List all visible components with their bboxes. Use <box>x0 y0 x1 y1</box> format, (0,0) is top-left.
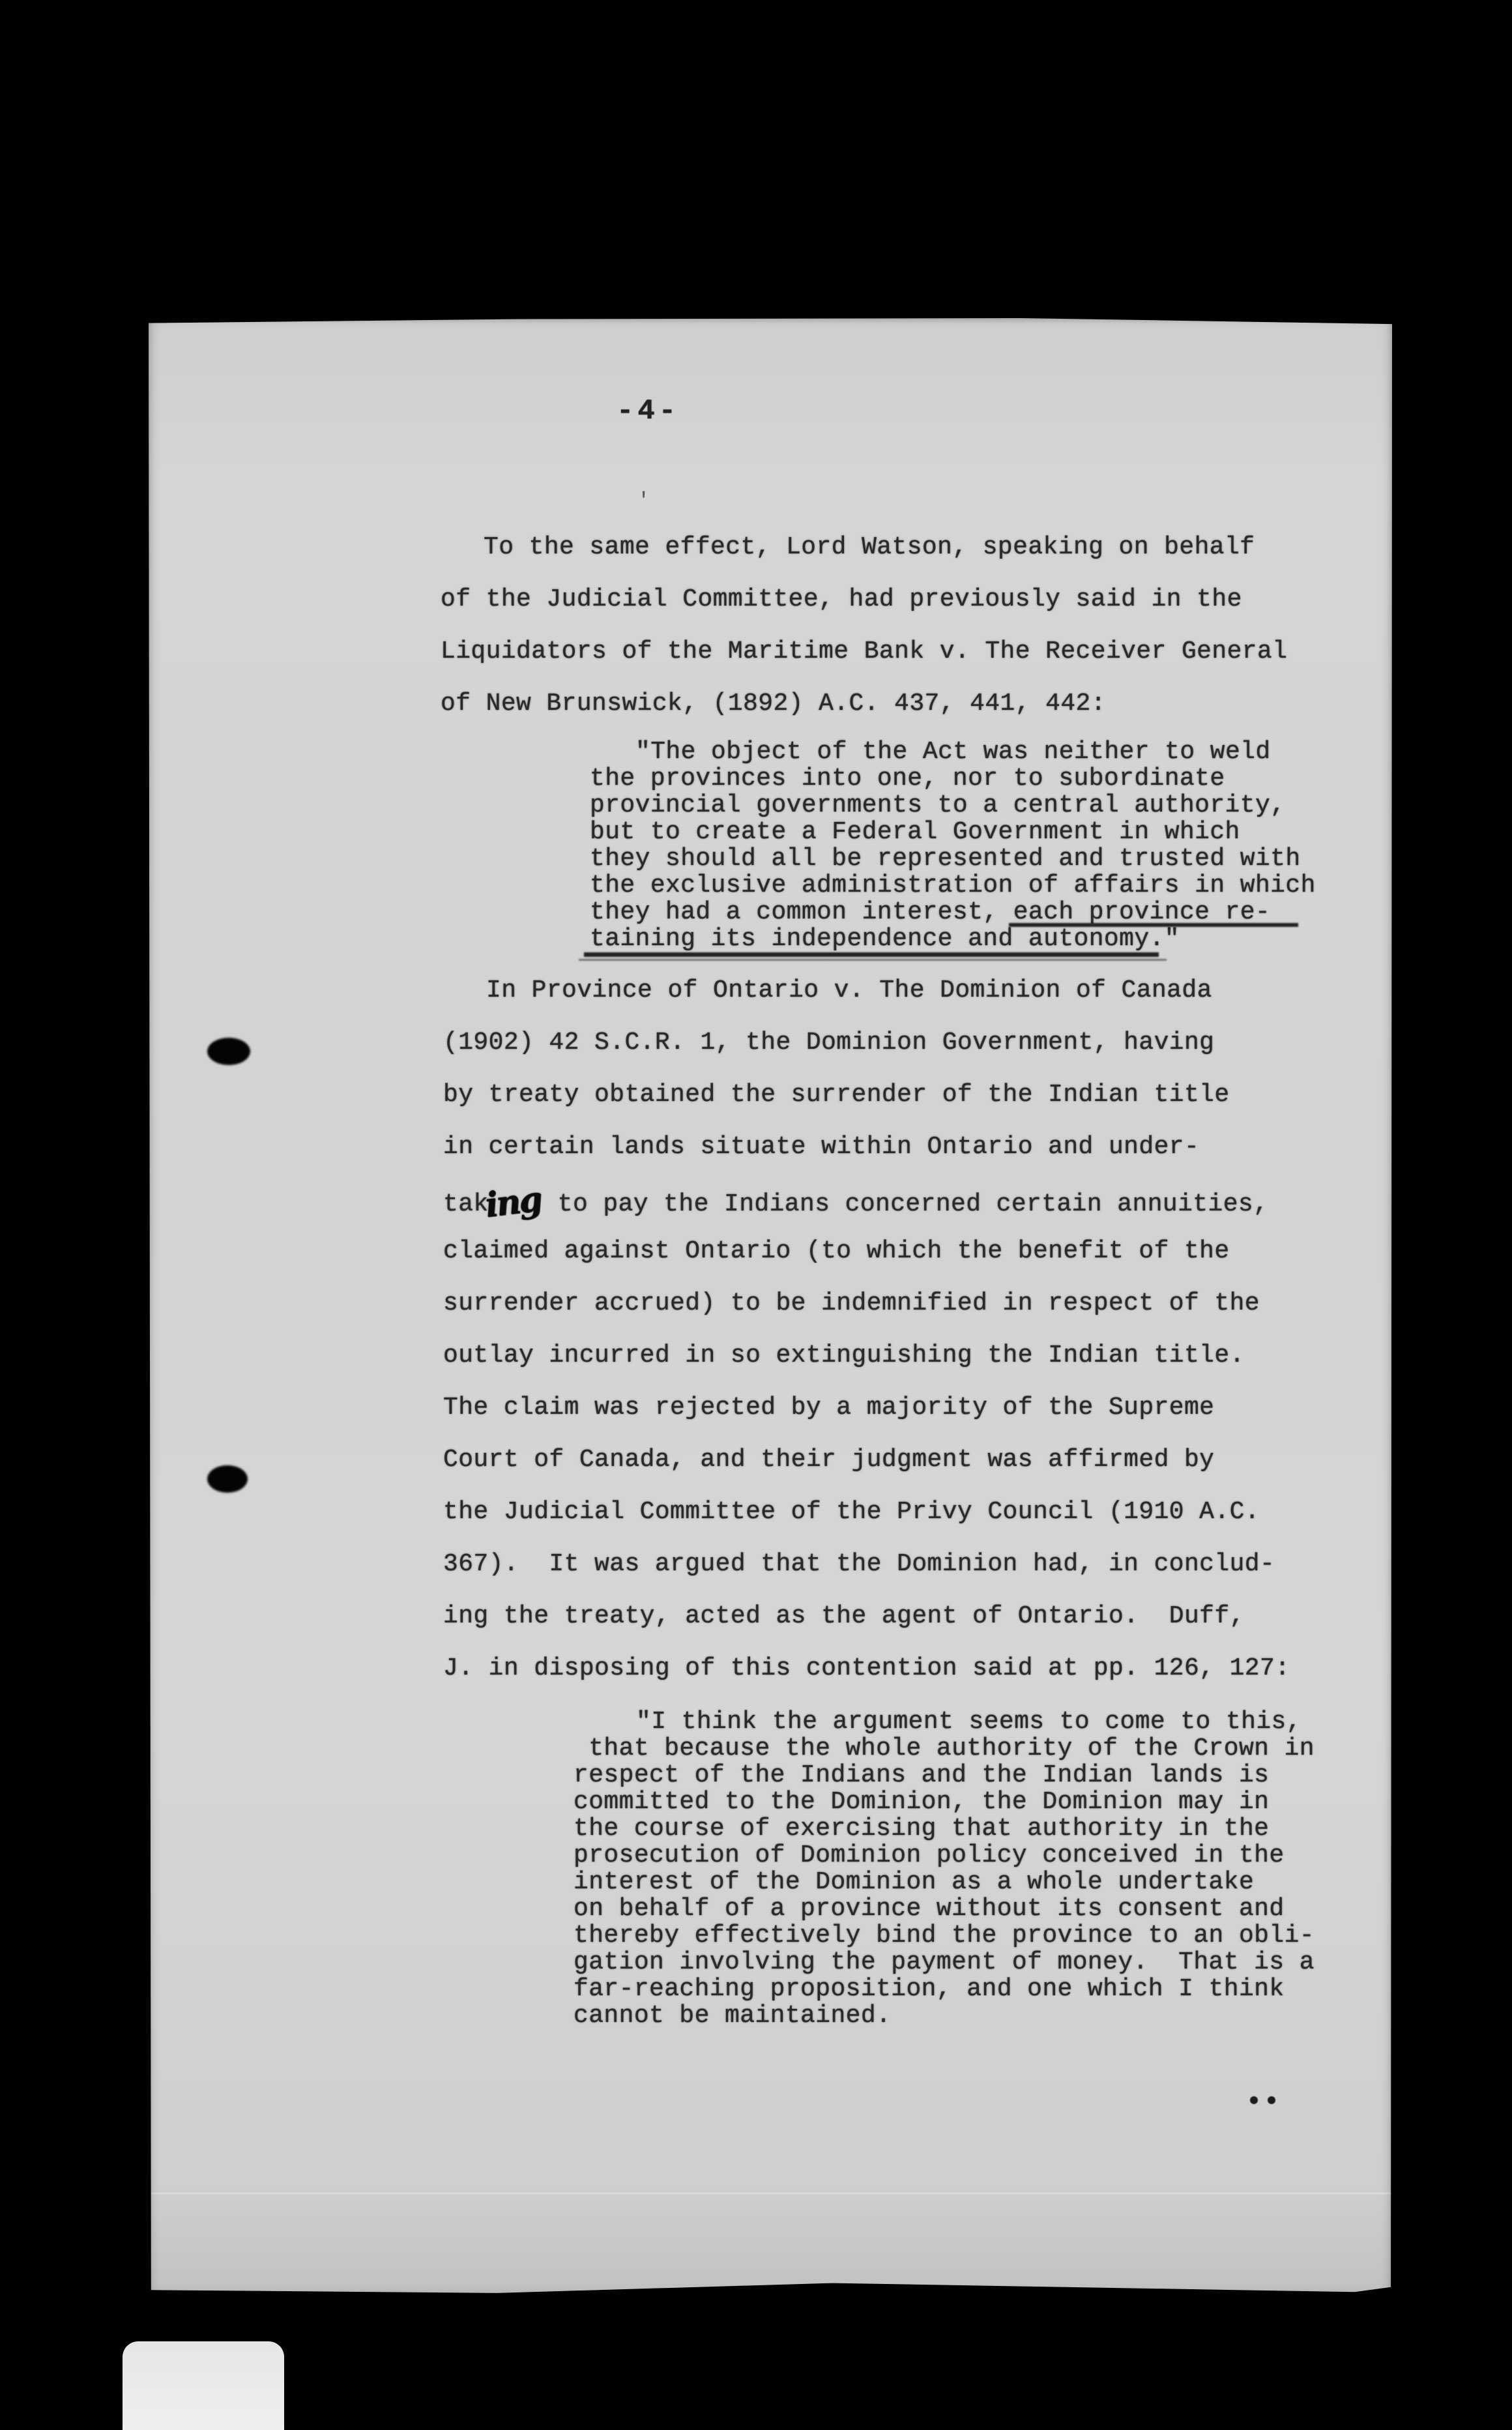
punch-hole-mark <box>207 1038 250 1065</box>
text-line: interest of the Dominion as a whole unde… <box>574 1869 1315 1896</box>
ink-dot <box>1250 2096 1258 2104</box>
text-line: the provinces into one, nor to subordina… <box>590 765 1316 792</box>
underline-stroke <box>579 959 1167 961</box>
text-line: taining its independence and autonomy." <box>590 926 1316 952</box>
punch-hole-mark <box>207 1465 248 1493</box>
text-line: Liquidators of the Maritime Bank v. The … <box>441 626 1287 678</box>
text-line: J. in disposing of this contention said … <box>443 1643 1290 1695</box>
handwritten-correction: ing <box>482 1173 544 1232</box>
text-segment: " <box>1165 925 1180 953</box>
text-line: taking to pay the Indians concerned cert… <box>443 1173 1290 1225</box>
underline-stroke <box>1009 923 1298 927</box>
text-line: in certain lands situate within Ontario … <box>443 1121 1290 1173</box>
block-quote-2: "I think the argument seems to come to t… <box>574 1708 1315 2029</box>
text-segment: tak <box>443 1190 489 1218</box>
text-segment: they had a common interest, <box>590 898 1013 926</box>
text-line: on behalf of a province without its cons… <box>574 1896 1315 1922</box>
text-line: cannot be maintained. <box>574 2002 1315 2029</box>
text-line: gation involving the payment of money. T… <box>574 1949 1315 1976</box>
text-line: committed to the Dominion, the Dominion … <box>574 1789 1315 1815</box>
text-line: prosecution of Dominion policy conceived… <box>574 1842 1315 1869</box>
underlined-text: each province re- <box>1013 898 1270 926</box>
text-line: the course of exercising that authority … <box>574 1815 1315 1842</box>
text-line: thereby effectively bind the province to… <box>574 1922 1315 1949</box>
text-line: outlay incurred in so extinguishing the … <box>443 1330 1290 1382</box>
text-line: Court of Canada, and their judgment was … <box>443 1434 1290 1486</box>
text-line: the Judicial Committee of the Privy Coun… <box>443 1486 1290 1538</box>
text-line: the exclusive administration of affairs … <box>590 872 1316 899</box>
ink-dots-text: .. <box>149 318 149 319</box>
scanner-background: { "meta": { "background_color": "#000000… <box>0 0 1512 2430</box>
stray-ink-mark: ' <box>637 489 650 513</box>
ink-dot <box>1268 2096 1275 2104</box>
text-line: To the same effect, Lord Watson, speakin… <box>441 521 1287 574</box>
text-line: In Province of Ontario v. The Dominion o… <box>443 965 1290 1017</box>
text-line: The claim was rejected by a majority of … <box>443 1382 1290 1434</box>
text-line: of the Judicial Committee, had previousl… <box>441 574 1287 626</box>
text-line: respect of the Indians and the Indian la… <box>574 1762 1315 1789</box>
text-line: that because the whole authority of the … <box>574 1735 1315 1762</box>
block-quote-1: "The object of the Act was neither to we… <box>590 739 1316 952</box>
text-line: "The object of the Act was neither to we… <box>590 739 1316 765</box>
text-line: they had a common interest, each provinc… <box>590 899 1316 926</box>
text-line: surrender accrued) to be indemnified in … <box>443 1278 1290 1330</box>
text-line: ing the treaty, acted as the agent of On… <box>443 1590 1290 1643</box>
bottom-page-tab <box>123 2341 284 2430</box>
document-page: -4- ' To the same effect, Lord Watson, s… <box>149 318 1392 2301</box>
text-line: 367). It was argued that the Dominion ha… <box>443 1538 1290 1590</box>
underlined-text: taining its independence and autonomy. <box>590 925 1165 953</box>
text-line: far-reaching proposition, and one which … <box>574 1976 1315 2002</box>
text-segment: to pay the Indians concerned certain ann… <box>543 1190 1269 1218</box>
text-line: claimed against Ontario (to which the be… <box>443 1225 1290 1278</box>
scan-scratch-line <box>149 2193 1392 2194</box>
paragraph-1: To the same effect, Lord Watson, speakin… <box>441 521 1287 730</box>
text-line: they should all be represented and trust… <box>590 845 1316 872</box>
text-line: but to create a Federal Government in wh… <box>590 819 1316 845</box>
text-line: provincial governments to a central auth… <box>590 792 1316 819</box>
paragraph-2: In Province of Ontario v. The Dominion o… <box>443 965 1290 1695</box>
text-line: by treaty obtained the surrender of the … <box>443 1069 1290 1121</box>
text-line: of New Brunswick, (1892) A.C. 437, 441, … <box>441 678 1287 730</box>
page-number: -4- <box>617 395 680 428</box>
text-line: "I think the argument seems to come to t… <box>574 1708 1315 1735</box>
underline-stroke <box>584 952 1159 957</box>
text-line: (1902) 42 S.C.R. 1, the Dominion Governm… <box>443 1017 1290 1069</box>
